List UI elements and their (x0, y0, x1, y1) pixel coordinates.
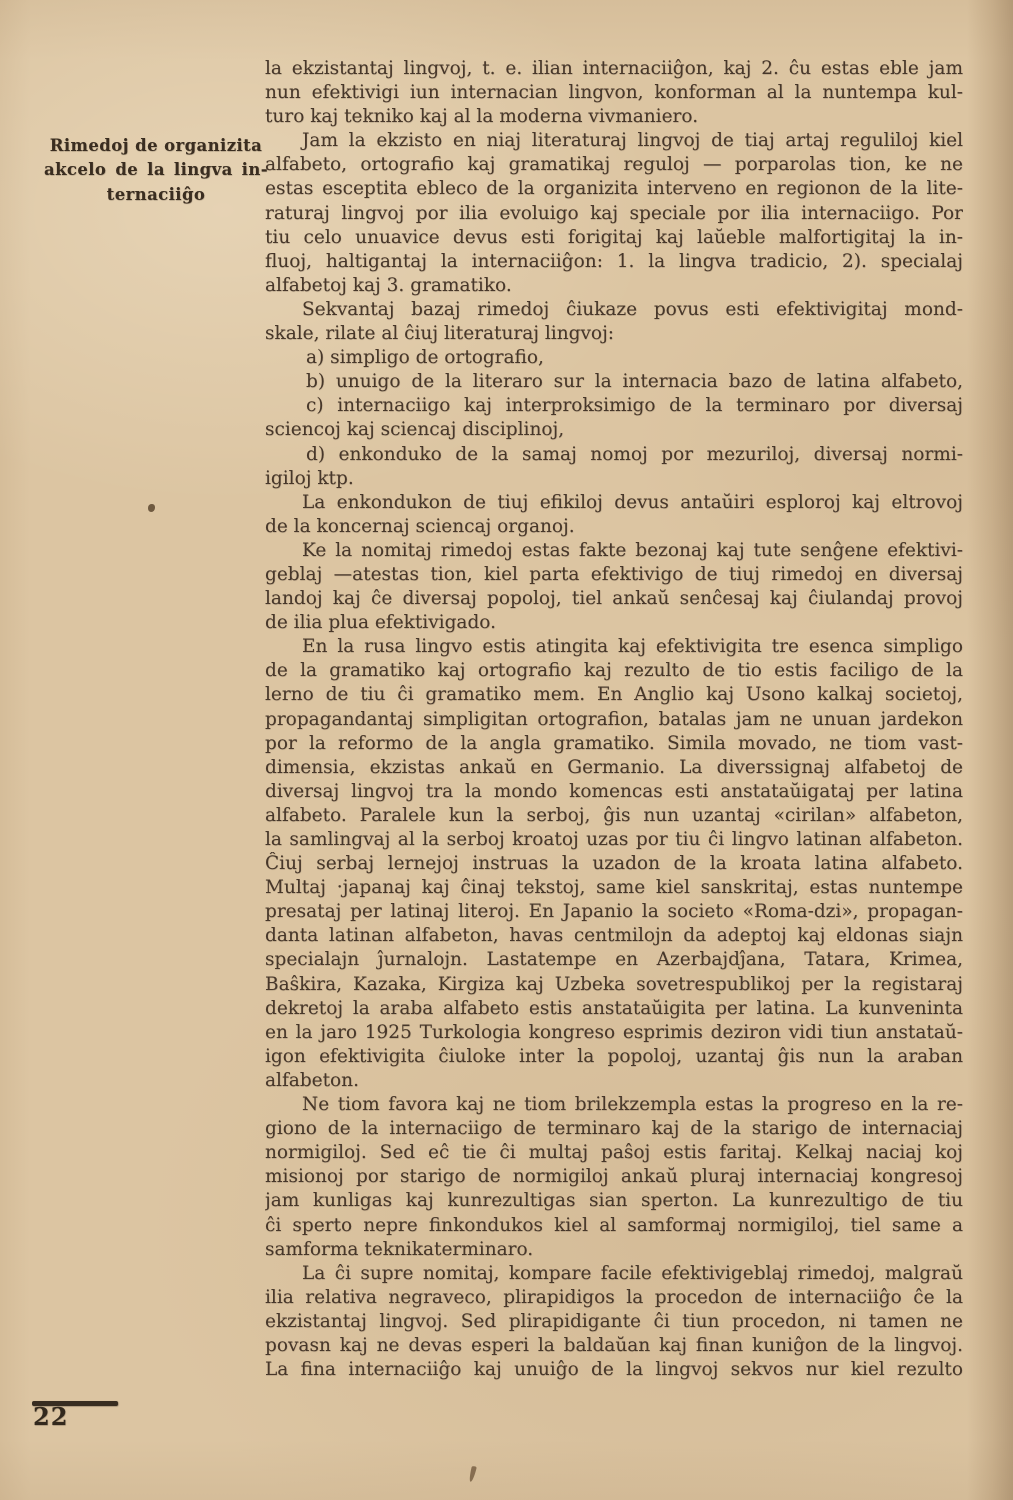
text-line: propagandantaj simpligitan ortografion, … (265, 708, 963, 732)
text-line: por la reformo de la angla gramatiko. Si… (265, 732, 963, 756)
text-line: tiu celo unuavice devus esti forigitaj k… (265, 226, 963, 250)
text-line: jam kunligas kaj kunrezultigas sian sper… (265, 1189, 963, 1213)
text-line: samforma teknikaterminaro. (265, 1238, 963, 1262)
text-line: c) internaciigo kaj interproksimigo de l… (265, 394, 963, 418)
text-line: b) unuigo de la literaro sur la internac… (265, 370, 963, 394)
text-line: Ĉiuj serbaj lernejoj instruas la uzadon … (265, 852, 963, 876)
text-line: diversaj lingvoj tra la mondo komencas e… (265, 780, 963, 804)
text-line: povasn kaj ne devas esperi la baldaŭan k… (265, 1334, 963, 1358)
text-line: de la koncernaj sciencaj organoj. (265, 515, 963, 539)
text-line: En la rusa lingvo estis atingita kaj efe… (265, 635, 963, 659)
page-number: 22 (33, 1402, 68, 1431)
text-line: d) enkonduko de la samaj nomoj por mezur… (265, 443, 963, 467)
text-line: lerno de tiu ĉi gramatiko mem. En Anglio… (265, 683, 963, 707)
text-line: ekzistantaj lingvoj. Sed plirapidigante … (265, 1310, 963, 1334)
text-line: dekretoj la araba alfabeto estis anstata… (265, 997, 963, 1021)
text-line: specialajn ĵurnalojn. Lastatempe en Azer… (265, 948, 963, 972)
ink-speck (468, 1466, 477, 1483)
page-edge-shadow (967, 0, 1013, 1500)
text-line: Ne tiom favora kaj ne tiom brilekzempla … (265, 1093, 963, 1117)
text-line: la ekzistantaj lingvoj, t. e. ilian inte… (265, 57, 963, 81)
text-line: de la gramatiko kaj ortografio kaj rezul… (265, 659, 963, 683)
text-line: alfabeton. (265, 1069, 963, 1093)
text-line: alfabeto, ortografio kaj gramatikaj regu… (265, 153, 963, 177)
text-line: Ke la nomitaj rimedoj estas fakte bezona… (265, 539, 963, 563)
text-line: giono de la internaciigo de terminaro ka… (265, 1117, 963, 1141)
text-line: landoj kaj ĉe diversaj popoloj, tiel ank… (265, 587, 963, 611)
text-line: ĉi sperto nepre finkondukos kiel al samf… (265, 1214, 963, 1238)
ink-speck (148, 504, 155, 512)
text-line: skale, rilate al ĉiuj literaturaj lingvo… (265, 322, 963, 346)
text-line: Jam la ekzisto en niaj literaturaj lingv… (265, 129, 963, 153)
text-line: sciencoj kaj sciencaj disciplinoj, (265, 418, 963, 442)
text-line: nun efektivigi iun internacian lingvon, … (265, 81, 963, 105)
text-line: ilia relativa negraveco, plirapidigos la… (265, 1286, 963, 1310)
text-line: danta latinan alfabeton, havas centmiloj… (265, 924, 963, 948)
text-line: estas esceptita ebleco de la organizita … (265, 177, 963, 201)
text-line: presataj per latinaj literoj. En Japanio… (265, 900, 963, 924)
text-line: alfabeto. Paralele kun la serboj, ĝis nu… (265, 804, 963, 828)
text-line: Baŝkira, Kazaka, Kirgiza kaj Uzbeka sove… (265, 973, 963, 997)
text-line: geblaj —atestas tion, kiel parta efektiv… (265, 563, 963, 587)
text-line: la samlingvaj al la serboj kroatoj uzas … (265, 828, 963, 852)
text-line: misionoj por starigo de normigiloj ankaŭ… (265, 1165, 963, 1189)
margin-note: Rimedoj de organizitaakcelo de la lingva… (44, 134, 268, 207)
text-line: normigiloj. Sed eĉ tie ĉi multaj paŝoj e… (265, 1141, 963, 1165)
text-line: fluoj, haltigantaj la internaciiĝon: 1. … (265, 250, 963, 274)
text-line: La fina internaciiĝo kaj unuiĝo de la li… (265, 1358, 963, 1382)
book-page: { "document": { "language": "Esperanto",… (0, 0, 1013, 1500)
text-line: Multaj ·japanaj kaj ĉinaj tekstoj, same … (265, 876, 963, 900)
text-line: Sekvantaj bazaj rimedoj ĉiukaze povus es… (265, 298, 963, 322)
text-line: Rimedoj de organizita (44, 134, 268, 158)
text-line: raturaj lingvoj por ilia evoluigo kaj sp… (265, 202, 963, 226)
text-line: akcelo de la lingva in- (44, 158, 268, 182)
text-line: alfabetoj kaj 3. gramatiko. (265, 274, 963, 298)
text-line: a) simpligo de ortografio, (265, 346, 963, 370)
text-line: dimensia, ekzistas ankaŭ en Germanio. La… (265, 756, 963, 780)
text-line: en la jaro 1925 Turkologia kongreso espr… (265, 1021, 963, 1045)
text-line: de ilia plua efektivigado. (265, 611, 963, 635)
body-text-column: la ekzistantaj lingvoj, t. e. ilian inte… (265, 57, 963, 1382)
text-line: ternaciiĝo (44, 183, 268, 207)
text-line: igiloj ktp. (265, 467, 963, 491)
text-line: turo kaj tekniko kaj al la moderna vivma… (265, 105, 963, 129)
text-line: La enkondukon de tiuj efikiloj devus ant… (265, 491, 963, 515)
text-line: igon efektivigita ĉiuloke inter la popol… (265, 1045, 963, 1069)
text-line: La ĉi supre nomitaj, kompare facile efek… (265, 1262, 963, 1286)
